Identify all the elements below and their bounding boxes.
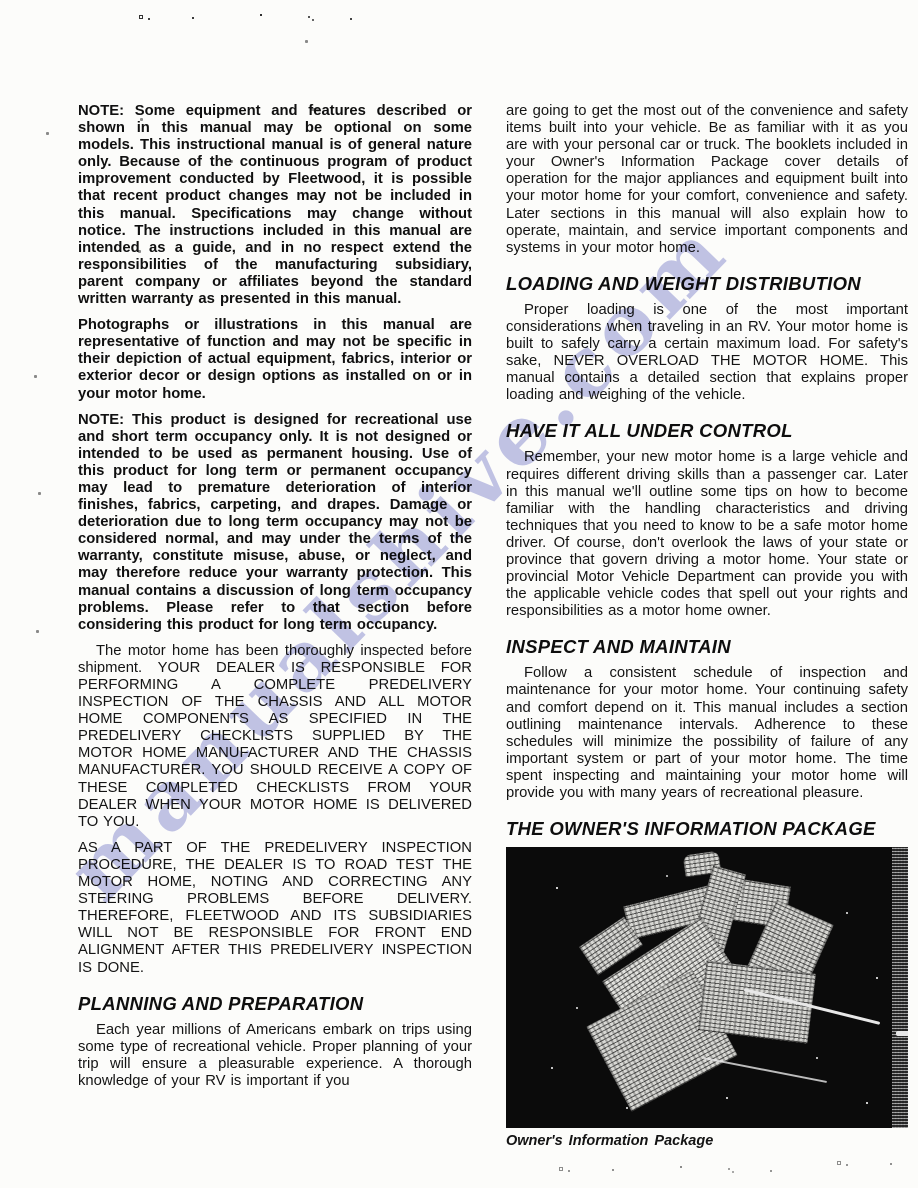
scan-artifact: [305, 40, 308, 43]
scan-artifact: [34, 375, 37, 378]
heading-loading-and-weight: LOADING AND WEIGHT DISTRIBUTION: [506, 273, 908, 295]
scan-artifact: [838, 1162, 840, 1164]
scan-artifact: [46, 132, 49, 135]
paragraph-each-year: Each year millions of Americans embark o…: [78, 1022, 472, 1090]
paragraph-photographs: Photographs or illustrations in this man…: [78, 317, 472, 402]
scan-artifact: [38, 492, 41, 495]
owners-package-photo: [506, 847, 908, 1128]
paragraph-note-equipment: NOTE: Some equipment and features descri…: [78, 103, 472, 308]
paragraph-road-test: AS A PART OF THE PREDELIVERY INSPECTION …: [78, 840, 472, 977]
scan-artifact: [560, 1168, 562, 1170]
pen-shape: [896, 1031, 908, 1036]
paragraph-convenience: are going to get the most out of the con…: [506, 103, 908, 257]
paragraph-note-product: NOTE: This product is designed for recre…: [78, 412, 472, 634]
right-column: are going to get the most out of the con…: [506, 103, 908, 1149]
photo-edge-noise: [892, 847, 908, 1128]
heading-have-it-all-under-control: HAVE IT ALL UNDER CONTROL: [506, 420, 908, 442]
paragraph-driving-skills: Remember, your new motor home is a large…: [506, 449, 908, 620]
paragraph-predelivery-inspection: The motor home has been thoroughly inspe…: [78, 643, 472, 831]
heading-inspect-and-maintain: INSPECT AND MAINTAIN: [506, 636, 908, 658]
photo-caption: Owner's Information Package: [506, 1133, 908, 1149]
heading-planning-and-preparation: PLANNING AND PREPARATION: [78, 993, 472, 1015]
paragraph-inspection-schedule: Follow a consistent schedule of inspecti…: [506, 665, 908, 802]
photo-speckles: [516, 857, 518, 859]
scan-artifact: [140, 16, 142, 18]
manual-page: manualshive.com NOTE: Some equipment and…: [0, 0, 918, 1188]
paragraph-proper-loading: Proper loading is one of the most import…: [506, 302, 908, 405]
left-column: NOTE: Some equipment and features descri…: [78, 103, 472, 1099]
heading-owners-information-package: THE OWNER'S INFORMATION PACKAGE: [506, 818, 908, 840]
scan-artifact: [36, 630, 39, 633]
pen-shape: [703, 1057, 827, 1083]
